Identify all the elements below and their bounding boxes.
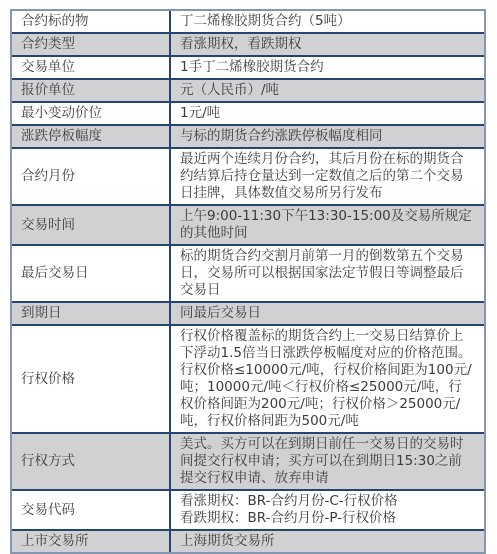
table-row: 涨跌停板幅度与标的期货合约涨跌停板幅度相同 xyxy=(12,125,484,148)
table-row: 行权方式美式。买方可以在到期日前任一交易日的交易时间提交行权申请；买方可以在到期… xyxy=(12,433,484,490)
row-value: 元（人民币）/吨 xyxy=(170,79,484,102)
table-row: 最后交易日标的期货合约交割月前第一月的倒数第五个交易日，交易所可以根据国家法定节… xyxy=(12,245,484,302)
row-label: 报价单位 xyxy=(12,79,170,102)
row-value: 行权价格覆盖标的期货合约上一交易日结算价上下浮动1.5倍当日涨跌停板幅度对应的价… xyxy=(170,325,484,433)
table-row: 交易时间上午9:00-11:30下午13:30-15:00及交易所规定的其他时间 xyxy=(12,205,484,245)
row-label: 涨跌停板幅度 xyxy=(12,125,170,148)
row-value: 看涨期权，看跌期权 xyxy=(170,33,484,56)
row-label: 交易时间 xyxy=(12,205,170,245)
contract-spec-table-container: 合约标的物丁二烯橡胶期货合约（5吨）合约类型看涨期权，看跌期权交易单位1手丁二烯… xyxy=(10,9,486,553)
row-value: 美式。买方可以在到期日前任一交易日的交易时间提交行权申请；买方可以在到期日15:… xyxy=(170,433,484,490)
row-value: 丁二烯橡胶期货合约（5吨） xyxy=(170,11,484,33)
table-row: 交易代码看涨期权：BR-合约月份-C-行权价格 看跌期权：BR-合约月份-P-行… xyxy=(12,490,484,530)
table-row: 行权价格行权价格覆盖标的期货合约上一交易日结算价上下浮动1.5倍当日涨跌停板幅度… xyxy=(12,325,484,433)
table-row: 合约标的物丁二烯橡胶期货合约（5吨） xyxy=(12,11,484,33)
table-row: 上市交易所上海期货交易所 xyxy=(12,530,484,552)
row-value: 看涨期权：BR-合约月份-C-行权价格 看跌期权：BR-合约月份-P-行权价格 xyxy=(170,490,484,530)
row-label: 合约标的物 xyxy=(12,11,170,33)
table-row: 到期日同最后交易日 xyxy=(12,302,484,325)
row-label: 交易代码 xyxy=(12,490,170,530)
row-label: 合约类型 xyxy=(12,33,170,56)
row-value: 与标的期货合约涨跌停板幅度相同 xyxy=(170,125,484,148)
row-value: 标的期货合约交割月前第一月的倒数第五个交易日，交易所可以根据国家法定节假日等调整… xyxy=(170,245,484,302)
row-value: 同最后交易日 xyxy=(170,302,484,325)
table-row: 最小变动价位1元/吨 xyxy=(12,102,484,125)
row-value: 1元/吨 xyxy=(170,102,484,125)
row-value: 1手丁二烯橡胶期货合约 xyxy=(170,56,484,79)
row-label: 最小变动价位 xyxy=(12,102,170,125)
table-row: 交易单位1手丁二烯橡胶期货合约 xyxy=(12,56,484,79)
row-value: 最近两个连续月份合约，其后月份在标的期货合约结算后持仓量达到一定数值之后的第二个… xyxy=(170,148,484,205)
contract-spec-table-body: 合约标的物丁二烯橡胶期货合约（5吨）合约类型看涨期权，看跌期权交易单位1手丁二烯… xyxy=(12,11,484,552)
row-label: 合约月份 xyxy=(12,148,170,205)
row-value: 上海期货交易所 xyxy=(170,530,484,552)
row-label: 行权价格 xyxy=(12,325,170,433)
row-label: 行权方式 xyxy=(12,433,170,490)
row-label: 上市交易所 xyxy=(12,530,170,552)
contract-spec-table: 合约标的物丁二烯橡胶期货合约（5吨）合约类型看涨期权，看跌期权交易单位1手丁二烯… xyxy=(12,11,484,552)
table-row: 合约月份最近两个连续月份合约，其后月份在标的期货合约结算后持仓量达到一定数值之后… xyxy=(12,148,484,205)
row-label: 交易单位 xyxy=(12,56,170,79)
table-row: 合约类型看涨期权，看跌期权 xyxy=(12,33,484,56)
row-value: 上午9:00-11:30下午13:30-15:00及交易所规定的其他时间 xyxy=(170,205,484,245)
row-label: 到期日 xyxy=(12,302,170,325)
row-label: 最后交易日 xyxy=(12,245,170,302)
table-row: 报价单位元（人民币）/吨 xyxy=(12,79,484,102)
